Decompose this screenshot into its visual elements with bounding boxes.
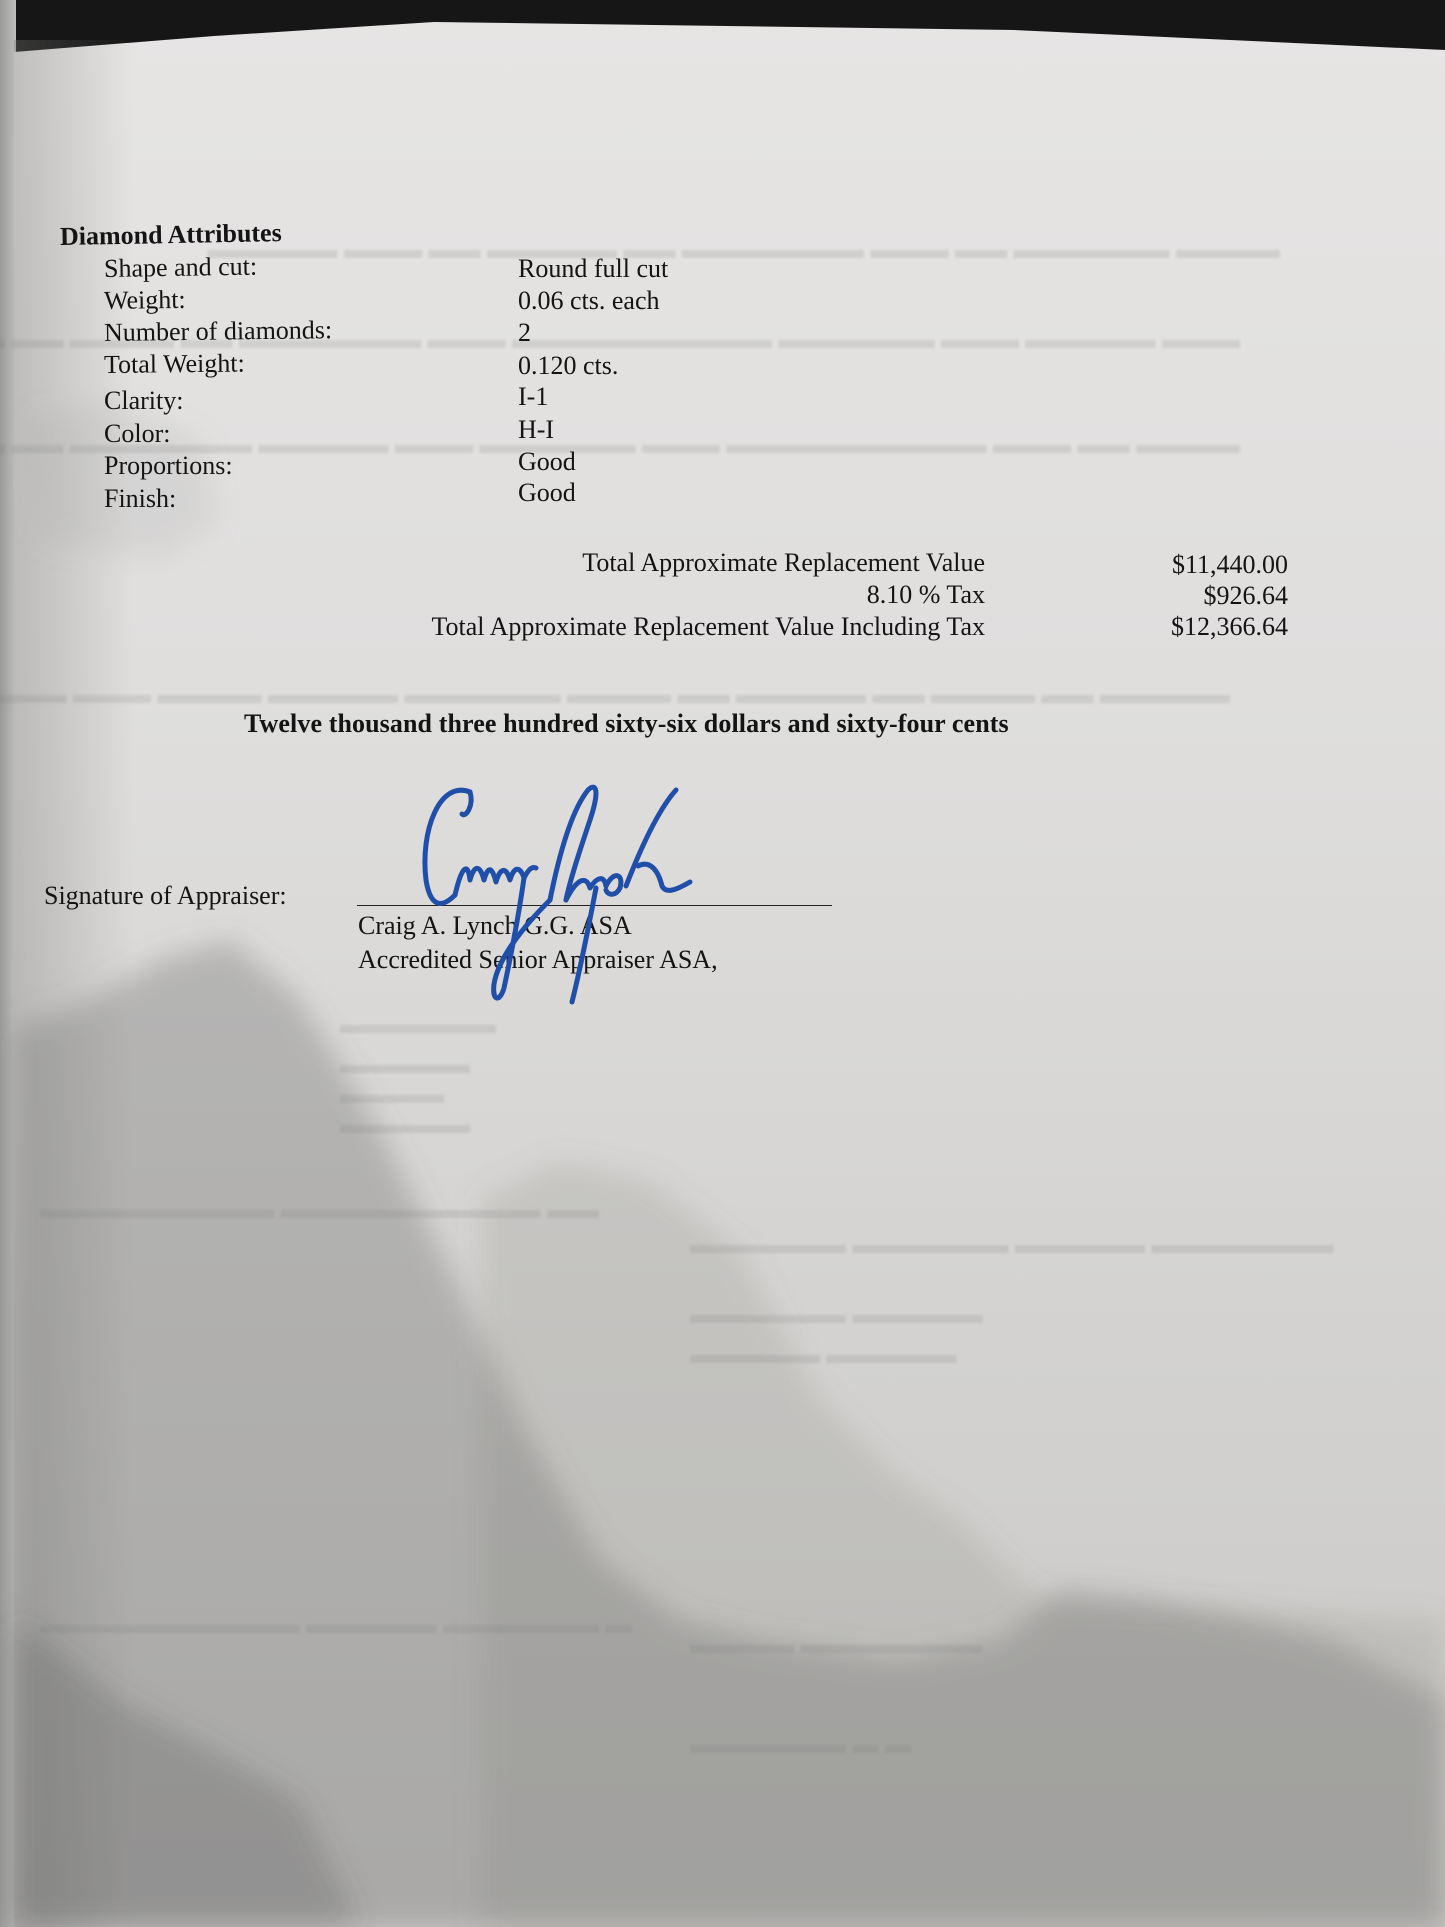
signature-label: Signature of Appraiser:: [44, 881, 287, 911]
handwritten-signature: [400, 770, 800, 1020]
attribute-label: Total Weight:: [104, 349, 245, 380]
attribute-value: 0.06 cts. each: [518, 286, 660, 316]
attribute-value: Round full cut: [518, 254, 668, 284]
amount-in-words: Twelve thousand three hundred sixty-six …: [244, 709, 1009, 739]
tax-label: 8.10 % Tax: [867, 580, 985, 610]
appraisal-page: Diamond Attributes Shape and cut: Round …: [0, 0, 1445, 1927]
attribute-value: 2: [518, 318, 531, 348]
attribute-label: Color:: [104, 419, 170, 449]
attribute-label: Clarity:: [104, 386, 183, 416]
attribute-label: Weight:: [104, 285, 186, 316]
attribute-label: Proportions:: [104, 451, 233, 481]
tax-amount: $926.64: [1204, 581, 1289, 611]
replacement-value-label: Total Approximate Replacement Value: [582, 548, 985, 578]
attribute-value: H-I: [518, 415, 554, 445]
total-with-tax-amount: $12,366.64: [1171, 612, 1288, 642]
replacement-value-amount: $11,440.00: [1172, 550, 1288, 580]
total-with-tax-label: Total Approximate Replacement Value Incl…: [431, 612, 985, 642]
attribute-value: Good: [518, 478, 576, 508]
attribute-value: Good: [518, 447, 576, 477]
attribute-label: Number of diamonds:: [104, 315, 333, 348]
attribute-label: Shape and cut:: [104, 252, 258, 284]
attribute-value: I-1: [518, 382, 548, 412]
attribute-value: 0.120 cts.: [518, 351, 618, 381]
section-title: Diamond Attributes: [60, 218, 282, 252]
attribute-label: Finish:: [104, 484, 176, 514]
